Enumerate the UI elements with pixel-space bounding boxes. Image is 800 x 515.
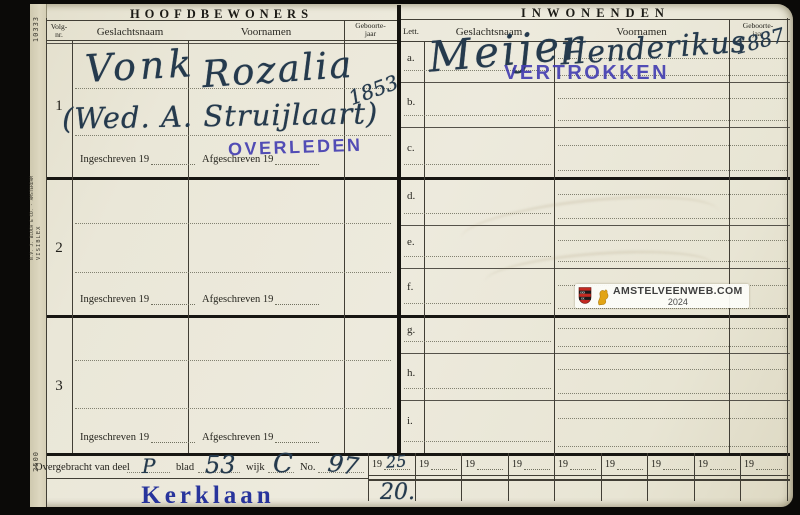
writing-line bbox=[558, 393, 787, 394]
grid-line bbox=[46, 453, 790, 456]
writing-line bbox=[558, 145, 787, 146]
col-header-birthyear-left: Geboorte- jaar bbox=[344, 22, 397, 38]
grid-line bbox=[368, 453, 369, 501]
transfer-label: Overgebracht van deel bbox=[35, 462, 130, 473]
grid-line bbox=[401, 400, 790, 401]
afgeschreven-label: Afgeschreven 19 bbox=[202, 432, 319, 443]
grid-line bbox=[401, 19, 790, 20]
dotted-leader bbox=[617, 466, 643, 470]
year-cell-label: 19 bbox=[744, 459, 754, 470]
spine-brand: VISIBLEX bbox=[36, 176, 42, 260]
year-cell-label: 19 bbox=[465, 459, 475, 470]
writing-line bbox=[558, 194, 787, 195]
dotted-leader bbox=[524, 466, 550, 470]
handwriting-wijk-value: C bbox=[273, 449, 293, 479]
col-header-volgnr: Volg- nr. bbox=[46, 23, 72, 39]
year-cell-label: 19 bbox=[419, 459, 429, 470]
col-header-firstnames-left: Voornamen bbox=[188, 26, 344, 38]
year-cell: 19 bbox=[558, 459, 596, 470]
year-cell-label: 19 bbox=[512, 459, 522, 470]
grid-line bbox=[368, 479, 790, 481]
vertrokken-stamp: VERTROKKEN bbox=[504, 62, 669, 85]
grid-line bbox=[601, 453, 602, 501]
no-label: No. bbox=[300, 462, 315, 473]
writing-line bbox=[404, 164, 551, 165]
grid-line bbox=[46, 315, 790, 318]
year-cell-label: 19 bbox=[558, 459, 568, 470]
letter-label: c. bbox=[407, 142, 415, 154]
ingeschreven-label: Ingeschreven 19 bbox=[80, 294, 195, 305]
writing-line bbox=[558, 328, 787, 329]
grid-line bbox=[401, 353, 790, 354]
dotted-leader bbox=[275, 301, 319, 305]
grid-line bbox=[415, 453, 416, 501]
street-name: Kerklaan bbox=[138, 482, 278, 510]
col-header-volgnr-line2: nr. bbox=[46, 31, 72, 39]
grid-line bbox=[740, 453, 741, 501]
register-page: 10333 N.V. J. BLOCH & CO. - AMSTERDAM VI… bbox=[30, 4, 793, 507]
svg-text:xx: xx bbox=[581, 297, 585, 301]
dotted-leader bbox=[477, 466, 503, 470]
writing-line bbox=[404, 441, 551, 442]
year-cell: 19 bbox=[651, 459, 689, 470]
row-number: 2 bbox=[46, 240, 72, 257]
afgeschreven-label: Afgeschreven 19 bbox=[202, 294, 319, 305]
ingeschreven-label: Ingeschreven 19 bbox=[80, 432, 195, 443]
grid-line bbox=[46, 18, 47, 507]
year-cell-label: 19 bbox=[372, 459, 382, 470]
dotted-leader bbox=[275, 439, 319, 443]
writing-line bbox=[75, 223, 391, 224]
ingeschreven-text: Ingeschreven 19 bbox=[80, 154, 149, 165]
writing-line bbox=[404, 256, 551, 257]
writing-line bbox=[75, 272, 391, 273]
wijk-label: wijk bbox=[246, 462, 265, 473]
dotted-leader bbox=[275, 161, 319, 165]
writing-line bbox=[404, 341, 551, 342]
spine-serial-top: 10333 bbox=[32, 16, 40, 42]
letter-label: h. bbox=[407, 367, 415, 379]
afgeschreven-text: Afgeschreven 19 bbox=[202, 294, 273, 305]
dotted-leader bbox=[663, 466, 689, 470]
letter-label: b. bbox=[407, 96, 415, 108]
writing-line bbox=[558, 346, 787, 347]
letter-label: e. bbox=[407, 236, 415, 248]
writing-line bbox=[558, 369, 787, 370]
year-cell-label: 19 bbox=[651, 459, 661, 470]
year-cell: 19 bbox=[419, 459, 457, 470]
writing-line bbox=[558, 308, 787, 309]
grid-line bbox=[554, 453, 555, 501]
handwriting-year-25: 25 bbox=[385, 451, 407, 471]
col-header-lett: Lett. bbox=[398, 26, 424, 36]
writing-line bbox=[558, 418, 787, 419]
watermark-site: AMSTELVEENWEB.COM bbox=[613, 285, 743, 297]
writing-line bbox=[75, 408, 391, 409]
spine-printer-mark: N.V. J. BLOCH & CO. - AMSTERDAM VISIBLEX bbox=[30, 176, 42, 260]
afgeschreven-text: Afgeschreven 19 bbox=[202, 432, 273, 443]
year-cell-label: 19 bbox=[698, 459, 708, 470]
writing-line bbox=[558, 98, 787, 99]
handwriting-widow-note: (Wed. A. Struijlaart) bbox=[62, 96, 379, 136]
grid-line bbox=[461, 453, 462, 501]
letter-label: d. bbox=[407, 190, 415, 202]
dotted-leader bbox=[756, 466, 782, 470]
year-cell: 19 bbox=[465, 459, 503, 470]
letter-label: g. bbox=[407, 324, 415, 336]
handwriting-blad-value: 53 bbox=[205, 451, 236, 479]
grid-line bbox=[647, 453, 648, 501]
register-scan: 10333 N.V. J. BLOCH & CO. - AMSTERDAM VI… bbox=[0, 0, 800, 515]
overleden-stamp: OVERLEDEN bbox=[228, 135, 363, 161]
dotted-leader bbox=[151, 439, 195, 443]
year-cell-label: 19 bbox=[605, 459, 615, 470]
ingeschreven-text: Ingeschreven 19 bbox=[80, 294, 149, 305]
watermark: xxx xx AMSTELVEENWEB.COM 2024 bbox=[575, 284, 749, 308]
year-cell: 19 bbox=[512, 459, 550, 470]
letter-label: a. bbox=[407, 52, 415, 64]
grid-line bbox=[694, 453, 695, 501]
col-header-birthyear-left-line2: jaar bbox=[344, 30, 397, 38]
writing-line bbox=[558, 120, 787, 121]
svg-text:xxx: xxx bbox=[580, 290, 585, 294]
handwriting-year-20: 20. bbox=[380, 480, 415, 505]
handwriting-no-value: 97 bbox=[326, 449, 360, 481]
handwriting-deel-value: P bbox=[142, 454, 155, 478]
lion-icon bbox=[596, 287, 609, 306]
col-header-surname-left: Geslachtsnaam bbox=[72, 26, 188, 38]
writing-line bbox=[558, 446, 787, 447]
writing-line bbox=[404, 115, 551, 116]
blad-label: blad bbox=[176, 462, 194, 473]
writing-line bbox=[404, 388, 551, 389]
dotted-leader bbox=[151, 301, 195, 305]
dotted-leader bbox=[570, 466, 596, 470]
dotted-leader bbox=[151, 161, 195, 165]
grid-line bbox=[46, 177, 790, 180]
grid-line bbox=[787, 18, 788, 501]
center-divider bbox=[397, 5, 401, 453]
year-cell: 19 bbox=[605, 459, 643, 470]
dotted-leader bbox=[710, 466, 736, 470]
year-cell: 19 bbox=[698, 459, 736, 470]
writing-line bbox=[404, 303, 551, 304]
row-number: 3 bbox=[46, 378, 72, 395]
spine-maker: N.V. J. BLOCH & CO. - AMSTERDAM bbox=[30, 176, 35, 260]
grid-line bbox=[424, 41, 425, 453]
letter-label: i. bbox=[407, 415, 413, 427]
grid-line bbox=[508, 453, 509, 501]
grid-line bbox=[401, 127, 790, 128]
dotted-leader bbox=[431, 466, 457, 470]
grid-line bbox=[368, 475, 790, 476]
letter-label: f. bbox=[407, 281, 413, 293]
writing-line bbox=[75, 360, 391, 361]
amstelveen-shield-icon: xxx xx bbox=[578, 287, 592, 305]
ingeschreven-text: Ingeschreven 19 bbox=[80, 432, 149, 443]
watermark-year: 2024 bbox=[613, 297, 743, 307]
writing-line bbox=[558, 170, 787, 171]
ingeschreven-label: Ingeschreven 19 bbox=[80, 154, 195, 165]
year-cell: 19 bbox=[744, 459, 782, 470]
grid-line bbox=[729, 19, 730, 453]
handwriting-surname-vonk: Vonk bbox=[84, 41, 196, 91]
